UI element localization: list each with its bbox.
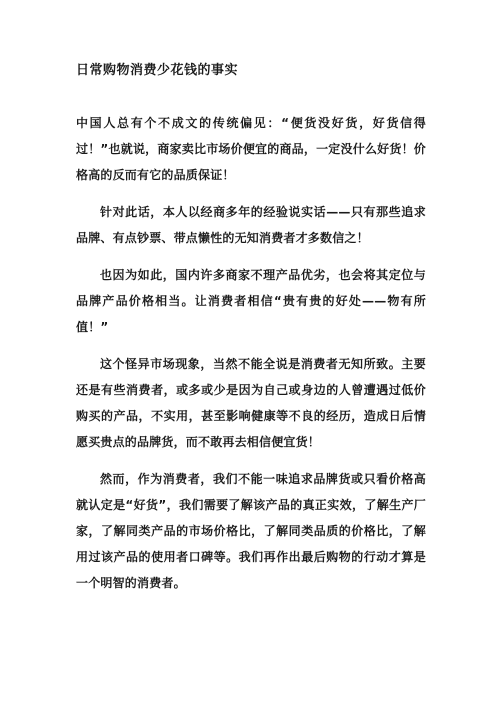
- paragraph-market-phenomenon: 这个怪异市场现象，当然不能全说是消费者无知所致。主要还是有些消费者，或多或少是因…: [76, 351, 426, 455]
- document-title: 日常购物消费少花钱的事实: [76, 58, 426, 84]
- paragraph-tradition-bias: 中国人总有个不成文的传统偏见：“便货没好货，好货信得过！”也就说，商家卖比市场价…: [76, 110, 426, 188]
- paragraph-pricing-positioning: 也因为如此，国内许多商家不理产品优劣，也会将其定位与品牌产品价格相当。让消费者相…: [76, 262, 426, 340]
- paragraph-wise-consumer: 然而，作为消费者，我们不能一味追求品牌货或只看价格高就认定是“好货”，我们需要了…: [76, 466, 426, 596]
- document-page: 日常购物消费少花钱的事实 中国人总有个不成文的传统偏见：“便货没好货，好货信得过…: [0, 0, 500, 707]
- paragraph-merchant-experience: 针对此话，本人以经商多年的经验说实话——只有那些追求品牌、有点钞票、带点懒性的无…: [76, 199, 426, 251]
